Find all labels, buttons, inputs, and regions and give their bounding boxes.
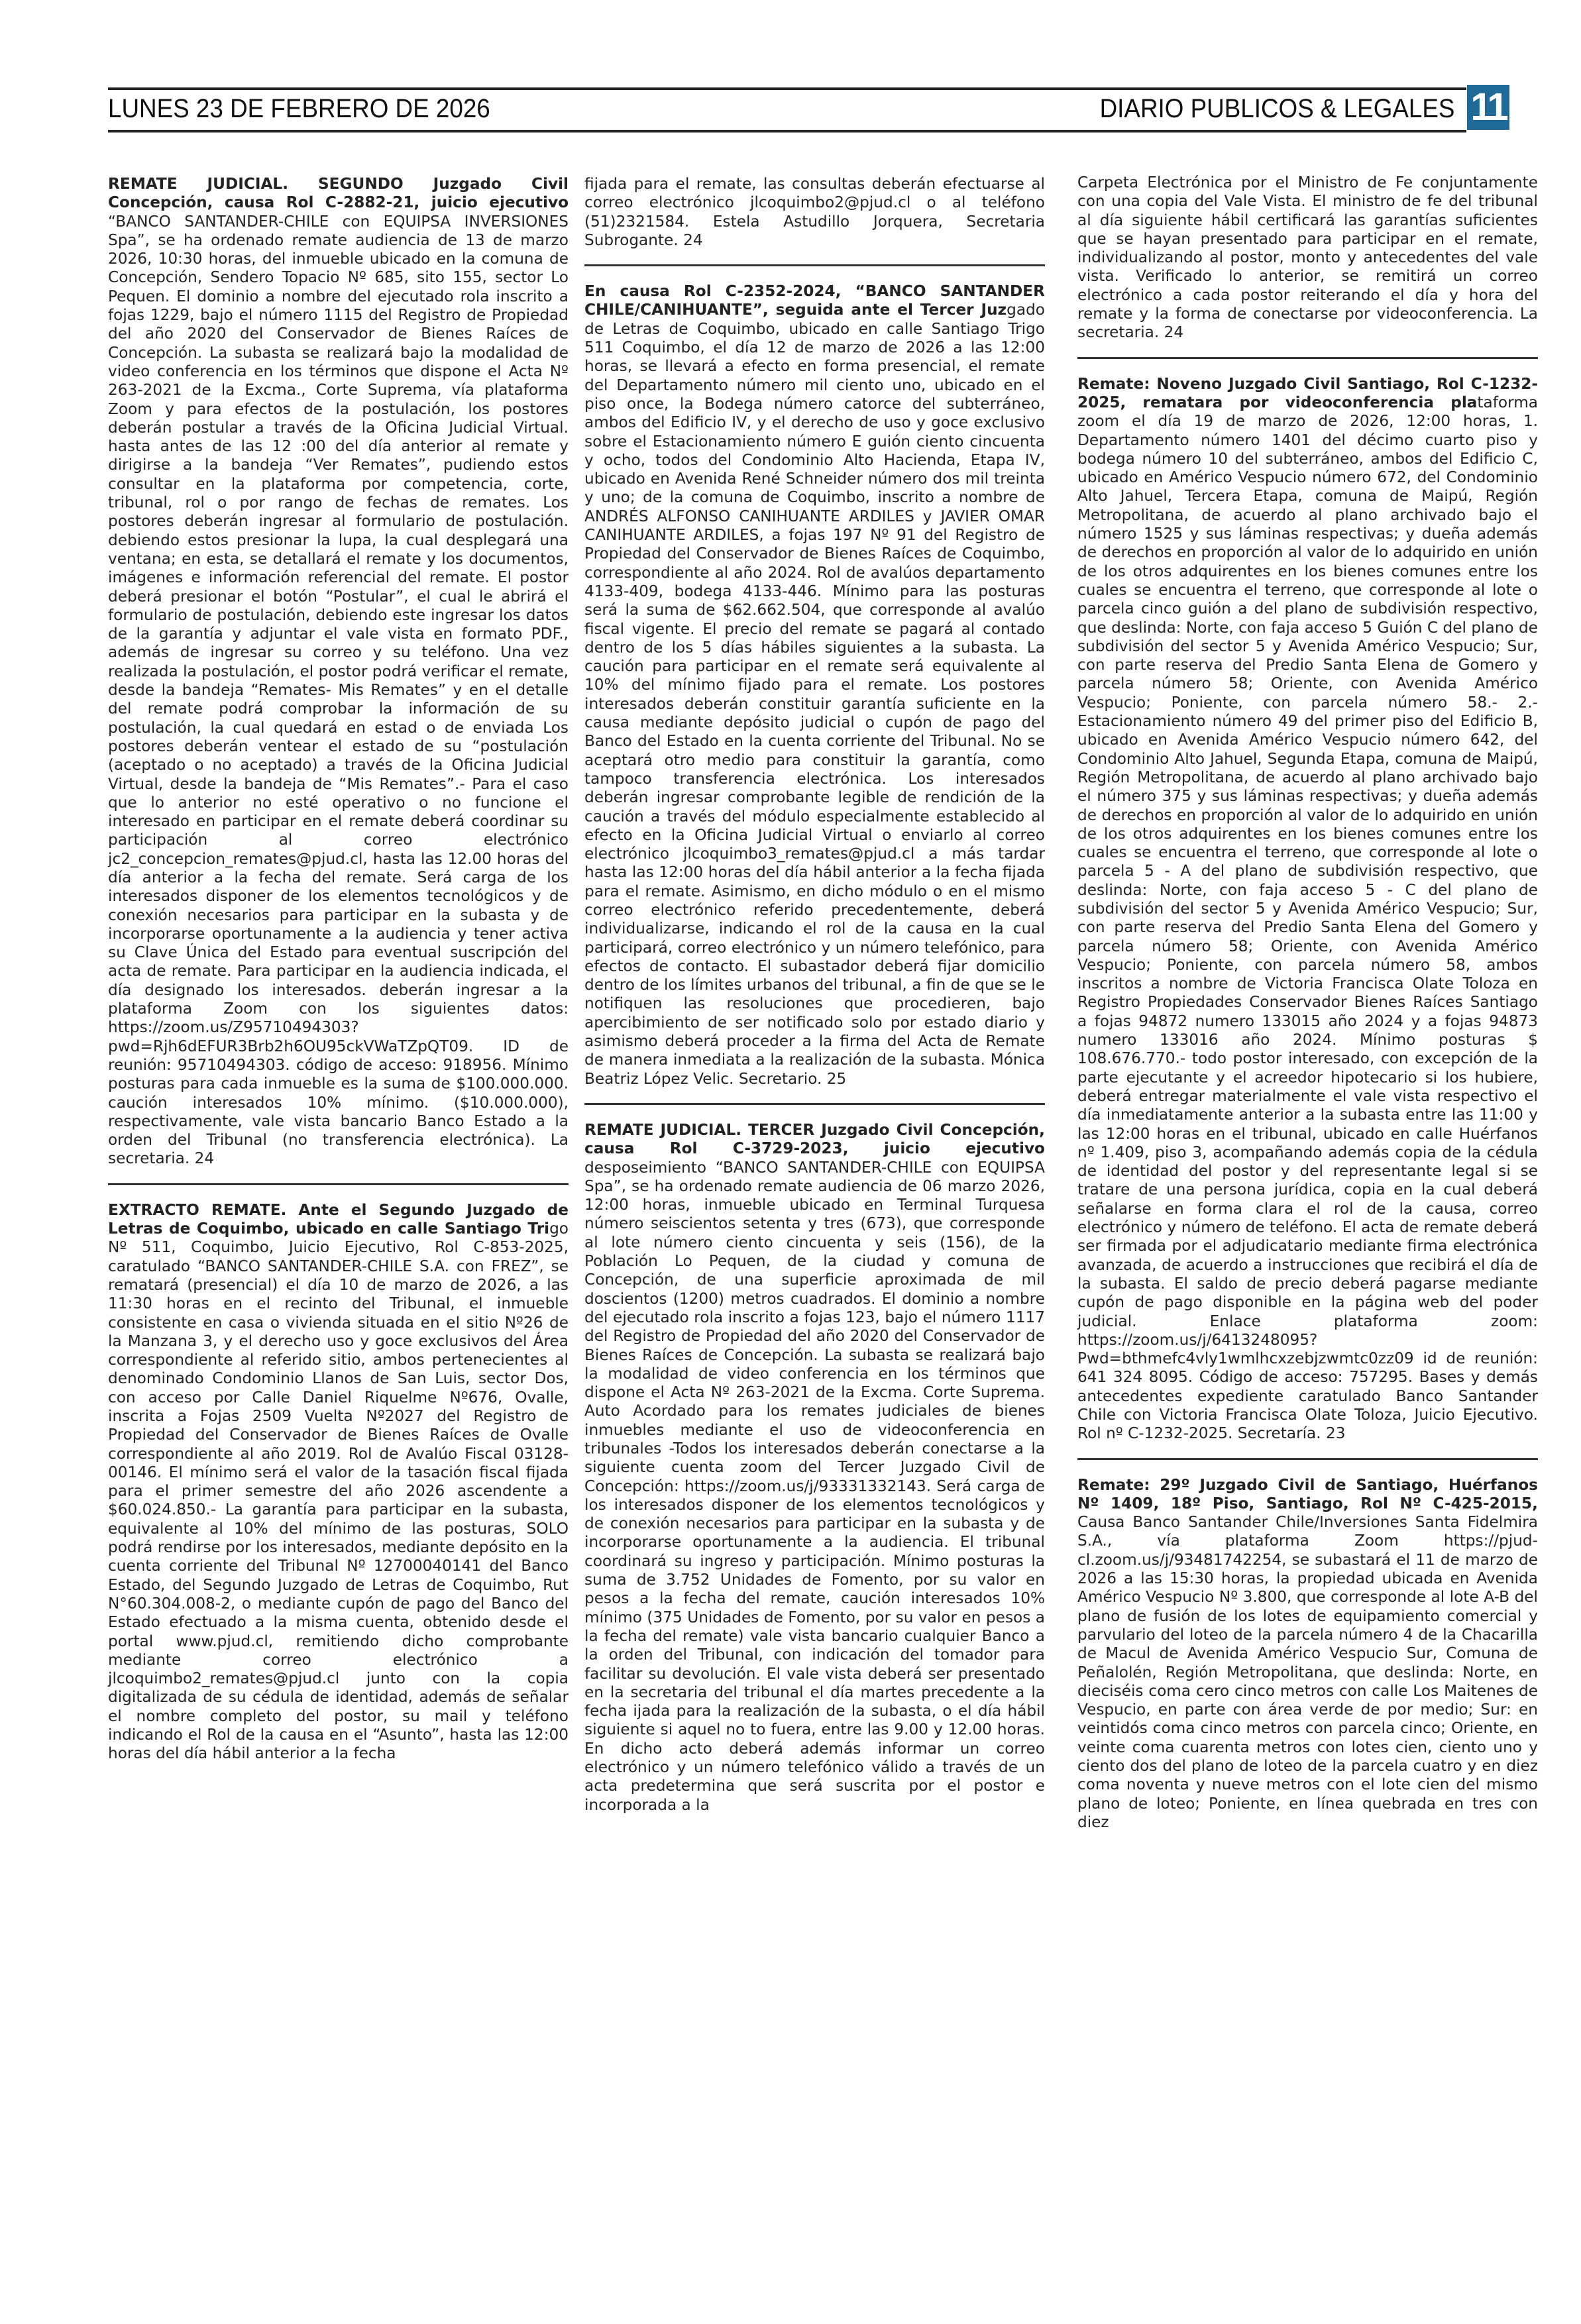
- notice-heading: En causa Rol C-2352-2024, “BANCO SANTAND…: [584, 282, 1045, 319]
- notice-divider: [584, 1103, 1045, 1105]
- column-3: Carpeta Electrónica por el Ministro de F…: [1077, 174, 1538, 1832]
- notice-body: taforma zoom el día 19 de marzo de 2026,…: [1077, 394, 1538, 1442]
- legal-notice: Remate: Noveno Juzgado Civil Santiago, R…: [1077, 375, 1538, 1444]
- notice-body: go Nº 511, Coquimbo, Juicio Ejecutivo, R…: [108, 1220, 569, 1762]
- issue-date: LUNES 23 DE FEBRERO DE 2026: [108, 94, 490, 124]
- notice-body: Causa Banco Santander Chile/Inversiones …: [1077, 1513, 1538, 1831]
- legal-notice-continued: fijada para el remate, las consultas deb…: [584, 175, 1045, 250]
- notice-body: desposeimiento “BANCO SANTANDER-CHILE co…: [584, 1159, 1045, 1814]
- publication-name: DIARIO PUBLICOS & LEGALES: [1099, 94, 1454, 124]
- notice-divider: [1077, 1458, 1538, 1460]
- notice-body: gado de Letras de Coquimbo, ubicado en c…: [584, 301, 1045, 1087]
- notice-heading: EXTRACTO REMATE. Ante el Segundo Juzgado…: [108, 1201, 569, 1238]
- page-header: LUNES 23 DE FEBRERO DE 2026 DIARIO PUBLI…: [108, 87, 1466, 132]
- notice-body: fijada para el remate, las consultas deb…: [584, 175, 1045, 249]
- notice-body: “BANCO SANTANDER-CHILE con EQUIPSA INVER…: [108, 213, 569, 1168]
- legal-notice: Remate: 29º Juzgado Civil de Santiago, H…: [1077, 1476, 1538, 1832]
- notice-heading: REMATE JUDICIAL. SEGUNDO Juzgado Civil C…: [108, 175, 569, 211]
- legal-notice: REMATE JUDICIAL. SEGUNDO Juzgado Civil C…: [108, 175, 569, 1169]
- column-1: REMATE JUDICIAL. SEGUNDO Juzgado Civil C…: [108, 175, 569, 1764]
- notice-body: Carpeta Electrónica por el Ministro de F…: [1077, 174, 1538, 341]
- legal-notice-continued: Carpeta Electrónica por el Ministro de F…: [1077, 174, 1538, 343]
- notice-heading: Remate: 29º Juzgado Civil de Santiago, H…: [1077, 1476, 1538, 1512]
- notice-divider: [1077, 357, 1538, 359]
- page-number-badge: 11: [1467, 85, 1509, 130]
- notice-heading: Remate: Noveno Juzgado Civil Santiago, R…: [1077, 375, 1538, 411]
- legal-notice: EXTRACTO REMATE. Ante el Segundo Juzgado…: [108, 1201, 569, 1764]
- column-2: fijada para el remate, las consultas deb…: [584, 175, 1045, 1815]
- notice-divider: [584, 264, 1045, 266]
- notice-divider: [108, 1183, 569, 1185]
- legal-notice: En causa Rol C-2352-2024, “BANCO SANTAND…: [584, 282, 1045, 1088]
- notice-heading: REMATE JUDICIAL. TERCER Juzgado Civil Co…: [584, 1121, 1045, 1157]
- legal-notice: REMATE JUDICIAL. TERCER Juzgado Civil Co…: [584, 1121, 1045, 1815]
